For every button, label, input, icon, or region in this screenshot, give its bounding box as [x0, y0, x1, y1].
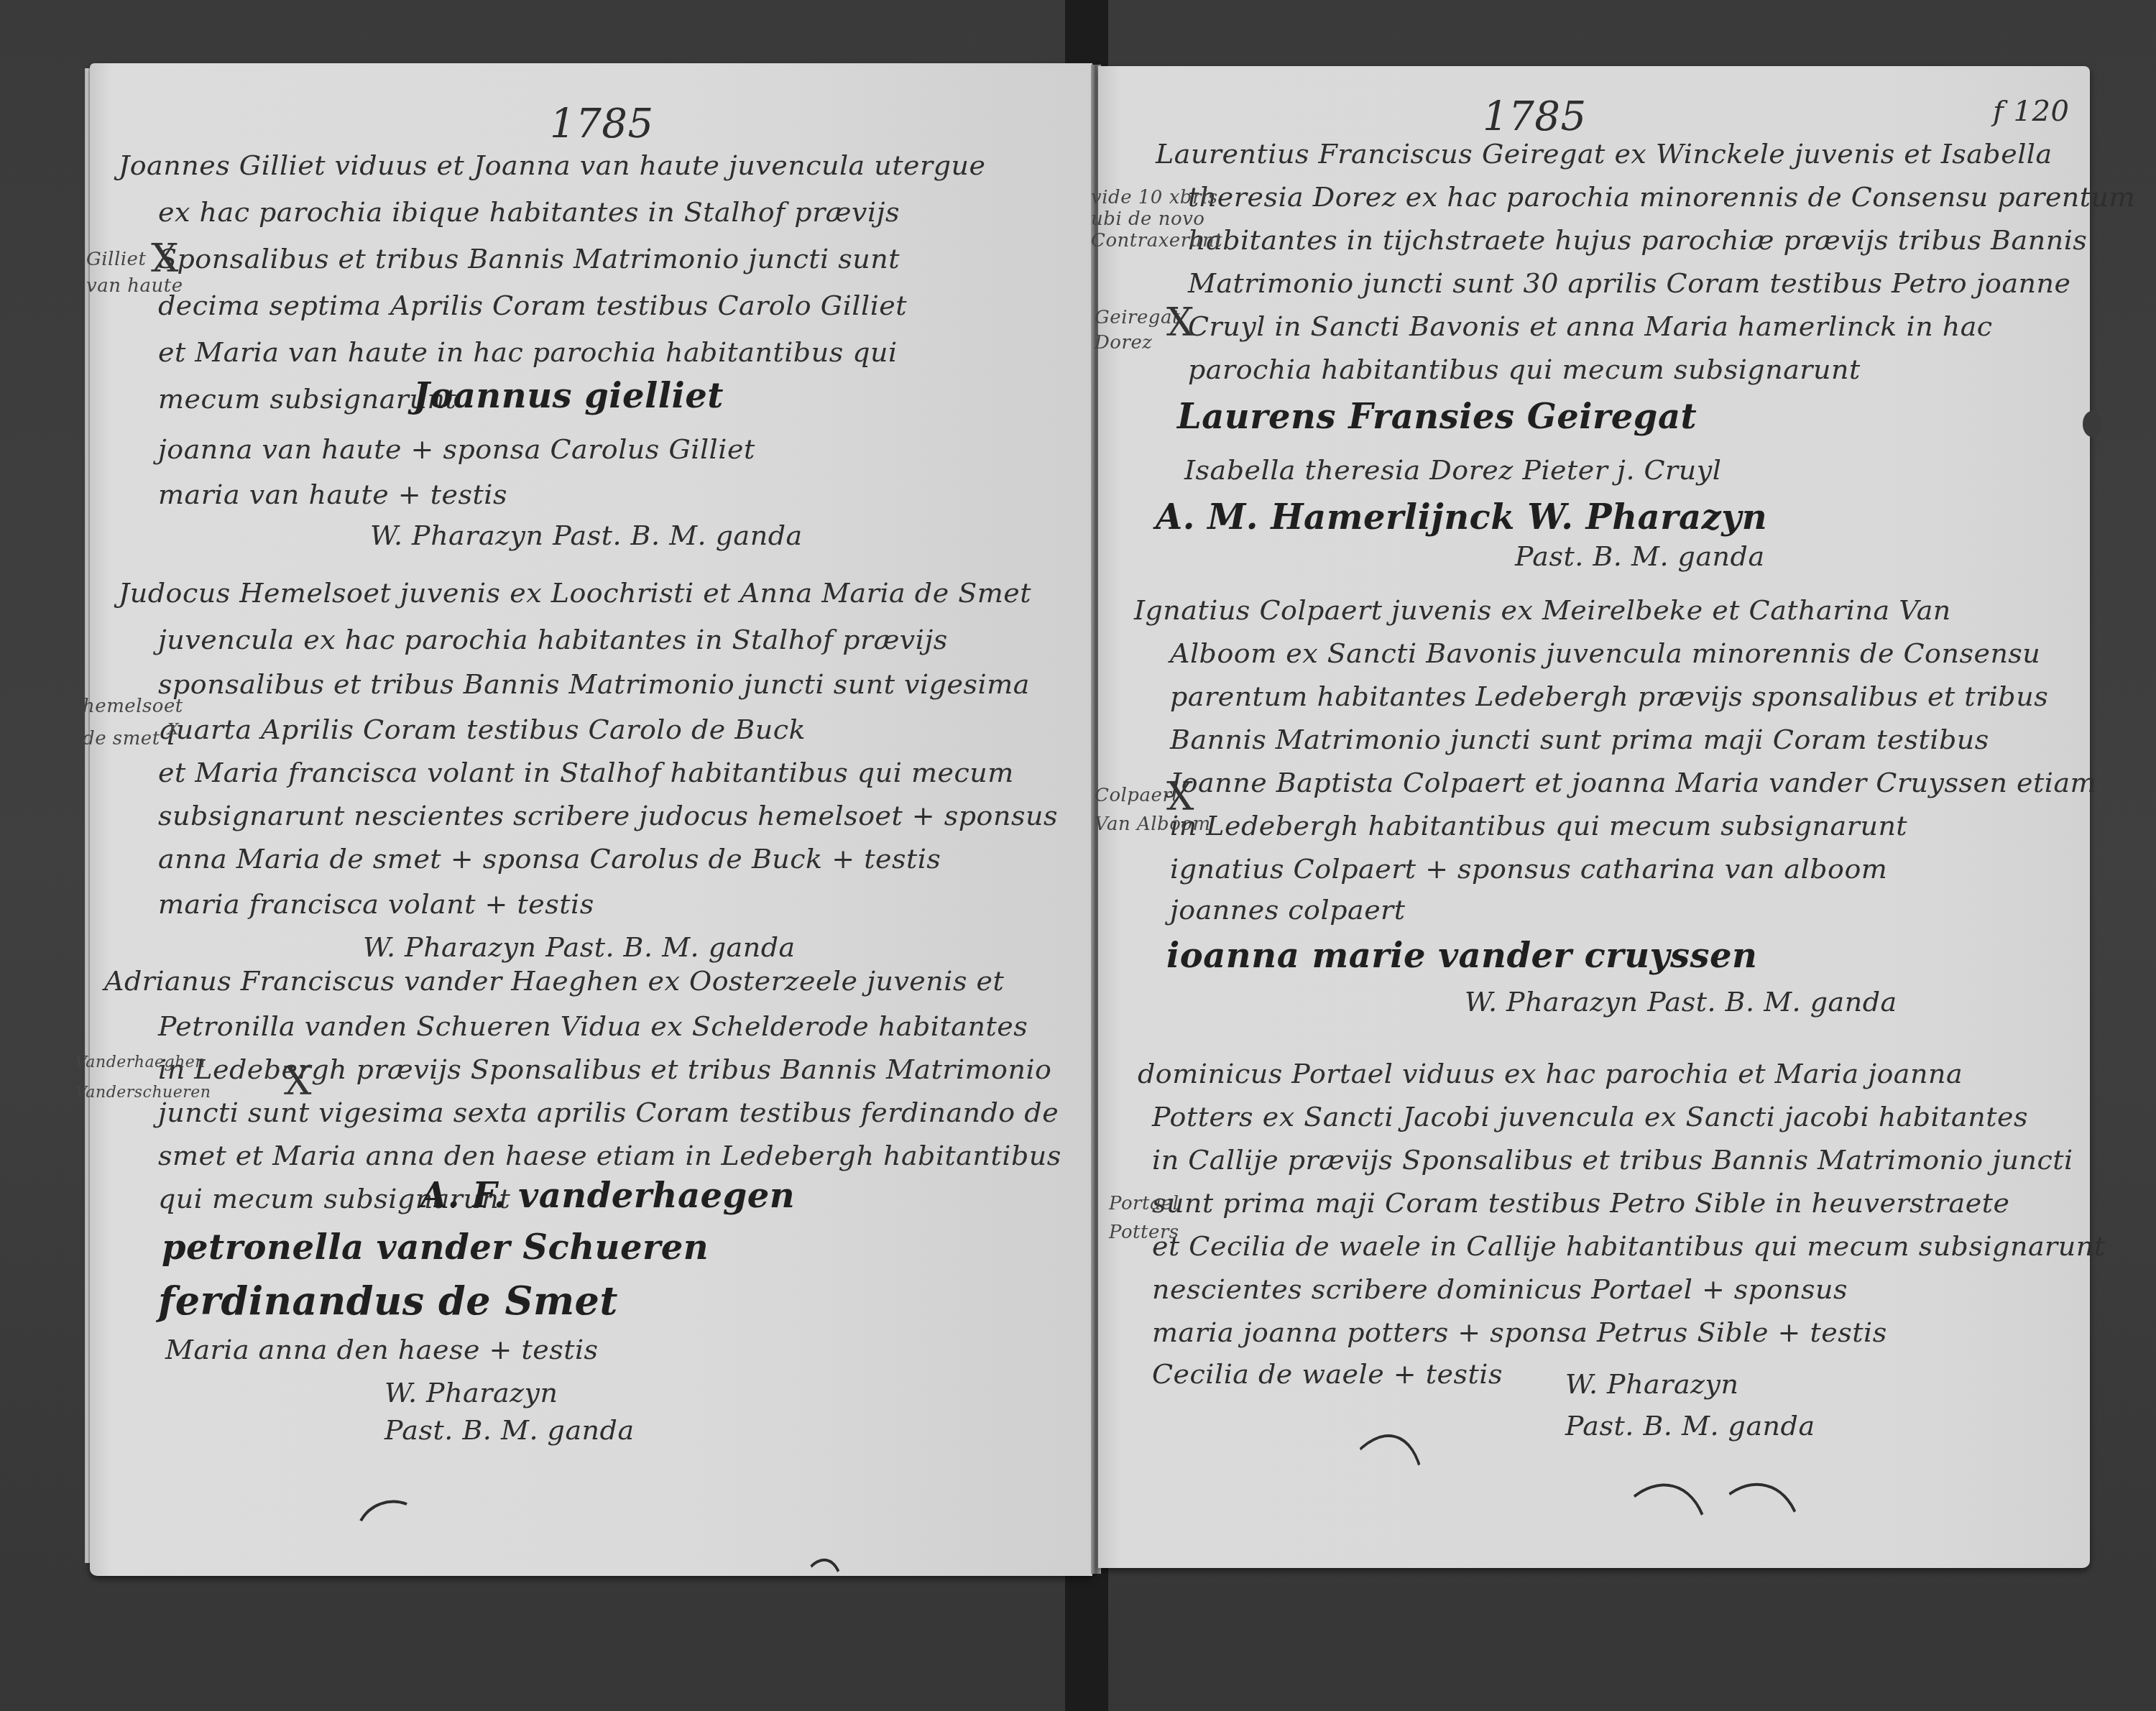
margin-note: Gilliet	[86, 249, 146, 270]
signature: ignatius Colpaert + sponsus catharina va…	[1170, 853, 1887, 885]
entry-line: sponsalibus et tribus Bannis Matrimonio …	[158, 668, 1030, 700]
entry-line: et Maria francisca volant in Stalhof hab…	[158, 757, 1014, 788]
priest-signature: W. Pharazyn Past. B. M. ganda	[370, 520, 803, 551]
entry-line: Judocus Hemelsoet juvenis ex Loochristi …	[119, 577, 1031, 609]
margin-note: hemelsoet	[83, 696, 183, 717]
cross-mark-icon: X	[284, 1059, 312, 1104]
cross-mark-icon: X	[167, 721, 179, 739]
priest-signature: W. Pharazyn	[384, 1377, 558, 1408]
cross-mark-icon: X	[151, 236, 179, 281]
signature: Laurens Fransies Geiregat	[1177, 397, 1697, 437]
entry-line: in Ledebergh habitantibus qui mecum subs…	[1170, 810, 1907, 841]
entry-line: Joanne Baptista Colpaert et joanna Maria…	[1170, 767, 2096, 798]
entry-line: quarta Aprilis Coram testibus Carolo de …	[158, 714, 806, 745]
margin-note: ubi de novo	[1091, 208, 1205, 230]
entry-line: Potters ex Sancti Jacobi juvencula ex Sa…	[1152, 1101, 2028, 1133]
priest-signature: W. Pharazyn Past. B. M. ganda	[1465, 986, 1897, 1018]
signature: ferdinandus de Smet	[158, 1278, 618, 1324]
signature: Isabella theresia Dorez Pieter j. Cruyl	[1184, 454, 1721, 486]
cross-mark-icon: X	[1166, 774, 1194, 819]
entry-line: smet et Maria anna den haese etiam in Le…	[158, 1140, 1061, 1171]
signature: Cecilia de waele + testis	[1152, 1358, 1503, 1390]
entry-line: Matrimonio juncti sunt 30 aprilis Coram …	[1188, 267, 2071, 299]
entry-line: subsignarunt nescientes scribere judocus…	[158, 800, 1058, 831]
left-page: 1785 Joannes Gilliet viduus et Joanna va…	[90, 63, 1092, 1576]
priest-title: Past. B. M. ganda	[384, 1414, 635, 1446]
signature: A. M. Hamerlijnck W. Pharazyn	[1156, 497, 1767, 538]
entry-line: Bannis Matrimonio juncti sunt prima maji…	[1170, 724, 1989, 755]
signature: joanna van haute + sponsa Carolus Gillie…	[158, 433, 755, 465]
signature: joannes colpaert	[1170, 894, 1406, 926]
entry-line: sunt prima maji Coram testibus Petro Sib…	[1152, 1187, 2009, 1219]
pen-flourish	[347, 1490, 435, 1574]
entry-line: mecum subsignarunt	[158, 383, 456, 415]
signature: maria van haute + testis	[158, 479, 507, 510]
entry-line: Adrianus Franciscus vander Haeghen ex Oo…	[104, 965, 1004, 997]
entry-line: theresia Dorez ex hac parochia minorenni…	[1188, 181, 2135, 213]
signature: Joannus gielliet	[413, 376, 724, 416]
margin-note: Portael	[1109, 1193, 1179, 1214]
signature: maria francisca volant + testis	[158, 888, 594, 920]
priest-title: Past. B. M. ganda	[1515, 540, 1765, 572]
entry-line: Joannes Gilliet viduus et Joanna van hau…	[119, 149, 985, 181]
margin-note: Vanderhaeghen	[75, 1053, 206, 1071]
entry-line: Ignatius Colpaert juvenis ex Meirelbeke …	[1134, 594, 1951, 626]
entry-line: Laurentius Franciscus Geiregat ex Wincke…	[1156, 138, 2053, 170]
ink-blot	[2083, 411, 2101, 437]
margin-note: Potters	[1109, 1222, 1179, 1243]
signature: A. F. vanderhaegen	[420, 1176, 795, 1216]
page-year: 1785	[550, 101, 654, 147]
entry-line: Sponsalibus et tribus Bannis Matrimonio …	[158, 243, 900, 275]
signature: petronella vander Schueren	[162, 1227, 709, 1268]
margin-note: Dorez	[1095, 332, 1153, 354]
entry-line: parentum habitantes Ledebergh prævijs sp…	[1170, 681, 2048, 712]
signature: maria joanna potters + sponsa Petrus Sib…	[1152, 1316, 1887, 1348]
priest-signature: W. Pharazyn Past. B. M. ganda	[363, 931, 796, 963]
signature: ioanna marie vander cruyssen	[1166, 936, 1757, 976]
margin-note: vide 10 xbris	[1091, 187, 1218, 208]
entry-line: Alboom ex Sancti Bavonis juvencula minor…	[1170, 637, 2040, 669]
signature: Maria anna den haese + testis	[165, 1334, 599, 1365]
entry-line: juvencula ex hac parochia habitantes in …	[158, 624, 948, 655]
entry-line: Cruyl in Sancti Bavonis et anna Maria ha…	[1188, 310, 1993, 342]
page-year: 1785	[1483, 93, 1587, 140]
entry-line: nescientes scribere dominicus Portael + …	[1152, 1273, 1848, 1305]
priest-signature: W. Pharazyn	[1565, 1368, 1739, 1400]
folio-number: f 120	[1993, 95, 2069, 128]
margin-note: de smet	[83, 728, 160, 750]
entry-line: et Maria van haute in hac parochia habit…	[158, 336, 898, 368]
entry-line: Petronilla vanden Schueren Vidua ex Sche…	[158, 1010, 1028, 1042]
entry-line: in Callije prævijs Sponsalibus et tribus…	[1152, 1144, 2073, 1176]
margin-note: Contraxerunt	[1091, 230, 1222, 252]
entry-line: habitantes in tijchstraete hujus parochi…	[1188, 224, 2087, 256]
entry-line: dominicus Portael viduus ex hac parochia…	[1138, 1058, 1963, 1089]
margin-note: Vanderschueren	[75, 1084, 211, 1102]
priest-title: Past. B. M. ganda	[1565, 1410, 1815, 1442]
entry-line: parochia habitantibus qui mecum subsigna…	[1188, 354, 1861, 385]
entry-line: ex hac parochia ibique habitantes in Sta…	[158, 196, 900, 228]
signature: anna Maria de smet + sponsa Carolus de B…	[158, 843, 941, 875]
entry-line: et Cecilia de waele in Callije habitanti…	[1152, 1230, 2105, 1262]
entry-line: decima septima Aprilis Coram testibus Ca…	[158, 290, 907, 321]
cross-mark-icon: X	[1166, 300, 1194, 345]
right-page: 1785 f 120 Laurentius Franciscus Geirega…	[1098, 66, 2090, 1568]
